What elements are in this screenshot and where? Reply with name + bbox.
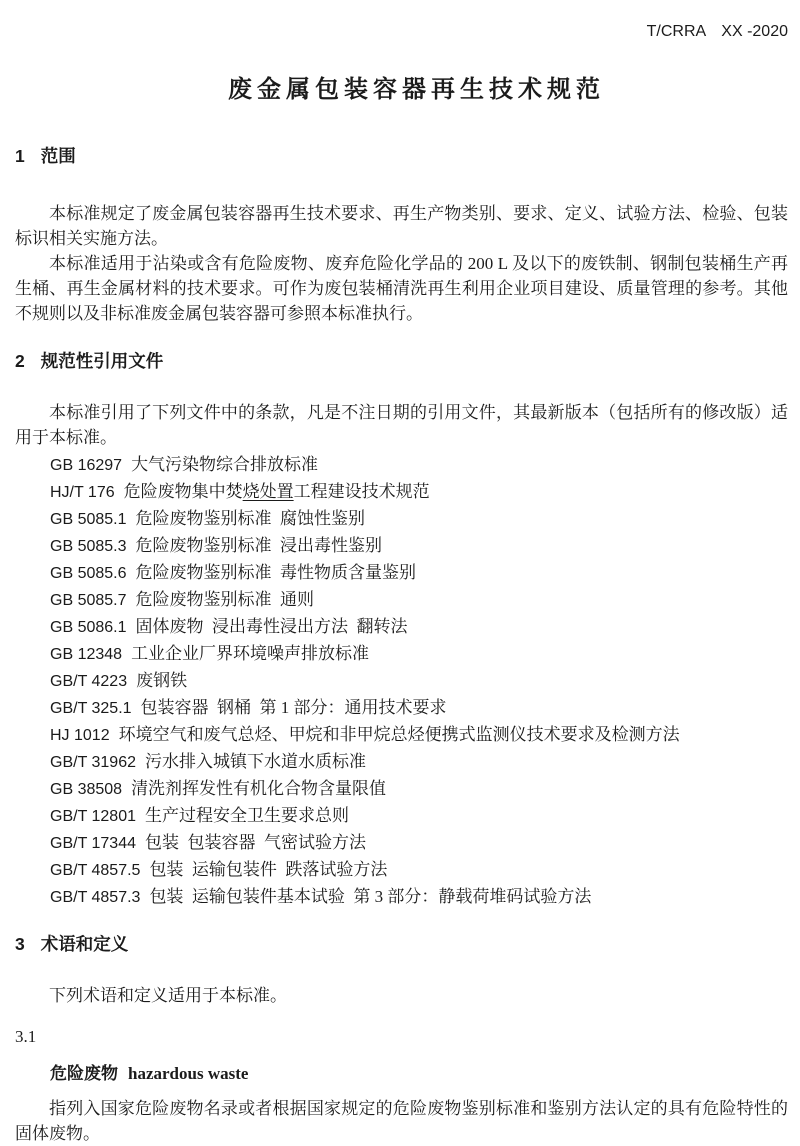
term-definition-heading: 危险废物hazardous waste xyxy=(50,1061,788,1086)
section-2-intro: 本标准引用了下列文件中的条款，凡是不注日期的引用文件，其最新版本（包括所有的修改… xyxy=(15,400,788,450)
normative-reference-list: GB 16297大气污染物综合排放标准 HJ/T 176危险废物集中焚烧处置工程… xyxy=(50,452,788,911)
reference-title: 危险废物鉴别标准 毒性物质含量鉴别 xyxy=(136,563,417,582)
reference-item: GB 16297大气污染物综合排放标准 xyxy=(50,452,788,479)
reference-item: HJ/T 176危险废物集中焚烧处置工程建设技术规范 xyxy=(50,479,788,506)
reference-title: 包装容器 钢桶 第 1 部分：通用技术要求 xyxy=(141,698,447,717)
reference-item: GB/T 4857.5包装 运输包装件 跌落试验方法 xyxy=(50,857,788,884)
underlined-text: 烧处置 xyxy=(243,482,294,501)
section-3-number: 3 xyxy=(15,933,25,955)
reference-title: 工业企业厂界环境噪声排放标准 xyxy=(131,644,369,663)
reference-item: GB/T 4223废钢铁 xyxy=(50,668,788,695)
standard-number: T/CRRA XX -2020 xyxy=(15,22,788,42)
section-3-intro: 下列术语和定义适用于本标准。 xyxy=(15,983,788,1008)
reference-title: 环境空气和废气总烃、甲烷和非甲烷总烃便携式监测仪技术要求及检测方法 xyxy=(119,725,680,744)
term-chinese: 危险废物 xyxy=(50,1064,118,1083)
reference-title: 包装 运输包装件 跌落试验方法 xyxy=(149,860,387,879)
reference-code: GB 12348 xyxy=(50,646,122,663)
reference-title: 包装 包装容器 气密试验方法 xyxy=(145,833,366,852)
section-2-number: 2 xyxy=(15,350,25,372)
section-1-title: 范围 xyxy=(41,146,76,166)
reference-title: 清洗剂挥发性有机化合物含量限值 xyxy=(131,779,386,798)
reference-code: GB 5085.3 xyxy=(50,538,127,555)
document-page: T/CRRA XX -2020 废金属包装容器再生技术规范 1范围 本标准规定了… xyxy=(0,0,800,1146)
reference-item: GB/T 12801生产过程安全卫生要求总则 xyxy=(50,803,788,830)
reference-title: 废钢铁 xyxy=(136,671,187,690)
reference-code: GB 5085.6 xyxy=(50,565,127,582)
reference-item: GB 5086.1固体废物 浸出毒性浸出方法 翻转法 xyxy=(50,614,788,641)
section-1-heading: 1范围 xyxy=(15,145,788,167)
reference-code: GB/T 4857.5 xyxy=(50,862,140,879)
reference-code: HJ/T 176 xyxy=(50,484,115,501)
reference-code: GB/T 31962 xyxy=(50,754,136,771)
reference-item: GB/T 17344包装 包装容器 气密试验方法 xyxy=(50,830,788,857)
reference-title: 危险废物鉴别标准 腐蚀性鉴别 xyxy=(136,509,366,528)
reference-item: GB 38508清洗剂挥发性有机化合物含量限值 xyxy=(50,776,788,803)
reference-item: HJ 1012环境空气和废气总烃、甲烷和非甲烷总烃便携式监测仪技术要求及检测方法 xyxy=(50,722,788,749)
reference-code: GB/T 12801 xyxy=(50,808,136,825)
reference-code: HJ 1012 xyxy=(50,727,110,744)
reference-title: 污水排入城镇下水道水质标准 xyxy=(145,752,366,771)
reference-item: GB/T 31962污水排入城镇下水道水质标准 xyxy=(50,749,788,776)
term-english: hazardous waste xyxy=(128,1064,248,1083)
reference-code: GB/T 4857.3 xyxy=(50,889,140,906)
reference-item: GB 5085.1危险废物鉴别标准 腐蚀性鉴别 xyxy=(50,506,788,533)
reference-code: GB 16297 xyxy=(50,457,122,474)
reference-item: GB 5085.6危险废物鉴别标准 毒性物质含量鉴别 xyxy=(50,560,788,587)
reference-code: GB 5085.1 xyxy=(50,511,127,528)
section-2-heading: 2规范性引用文件 xyxy=(15,350,788,372)
reference-code: GB/T 325.1 xyxy=(50,700,132,717)
reference-title: 大气污染物综合排放标准 xyxy=(131,455,318,474)
reference-code: GB/T 4223 xyxy=(50,673,127,690)
reference-code: GB 5085.7 xyxy=(50,592,127,609)
term-definition-text: 指列入国家危险废物名录或者根据国家规定的危险废物鉴别标准和鉴别方法认定的具有危险… xyxy=(15,1096,788,1146)
reference-title: 危险废物鉴别标准 通则 xyxy=(136,590,315,609)
reference-code: GB 5086.1 xyxy=(50,619,127,636)
section-1-paragraph-2: 本标准适用于沾染或含有危险废物、废弃危险化学品的 200 L 及以下的废铁制、钢… xyxy=(15,251,788,326)
section-3-heading: 3术语和定义 xyxy=(15,933,788,955)
reference-item: GB/T 4857.3包装 运输包装件基本试验 第 3 部分：静载荷堆码试验方法 xyxy=(50,884,788,911)
reference-title: 危险废物鉴别标准 浸出毒性鉴别 xyxy=(136,536,383,555)
reference-item: GB 5085.3危险废物鉴别标准 浸出毒性鉴别 xyxy=(50,533,788,560)
reference-item: GB/T 325.1包装容器 钢桶 第 1 部分：通用技术要求 xyxy=(50,695,788,722)
section-1-paragraph-1: 本标准规定了废金属包装容器再生技术要求、再生产物类别、要求、定义、试验方法、检验… xyxy=(15,201,788,251)
reference-item: GB 5085.7危险废物鉴别标准 通则 xyxy=(50,587,788,614)
section-2-title: 规范性引用文件 xyxy=(41,351,164,371)
reference-title: 包装 运输包装件基本试验 第 3 部分：静载荷堆码试验方法 xyxy=(149,887,591,906)
reference-item: GB 12348工业企业厂界环境噪声排放标准 xyxy=(50,641,788,668)
document-title: 废金属包装容器再生技术规范 xyxy=(15,75,788,105)
reference-title: 生产过程安全卫生要求总则 xyxy=(145,806,349,825)
reference-code: GB 38508 xyxy=(50,781,122,798)
clause-3-1-number: 3.1 xyxy=(15,1024,788,1049)
section-1-number: 1 xyxy=(15,145,25,167)
reference-code: GB/T 17344 xyxy=(50,835,136,852)
section-3-title: 术语和定义 xyxy=(41,934,129,954)
reference-title: 危险废物集中焚烧处置工程建设技术规范 xyxy=(124,482,430,501)
reference-title: 固体废物 浸出毒性浸出方法 翻转法 xyxy=(136,617,408,636)
